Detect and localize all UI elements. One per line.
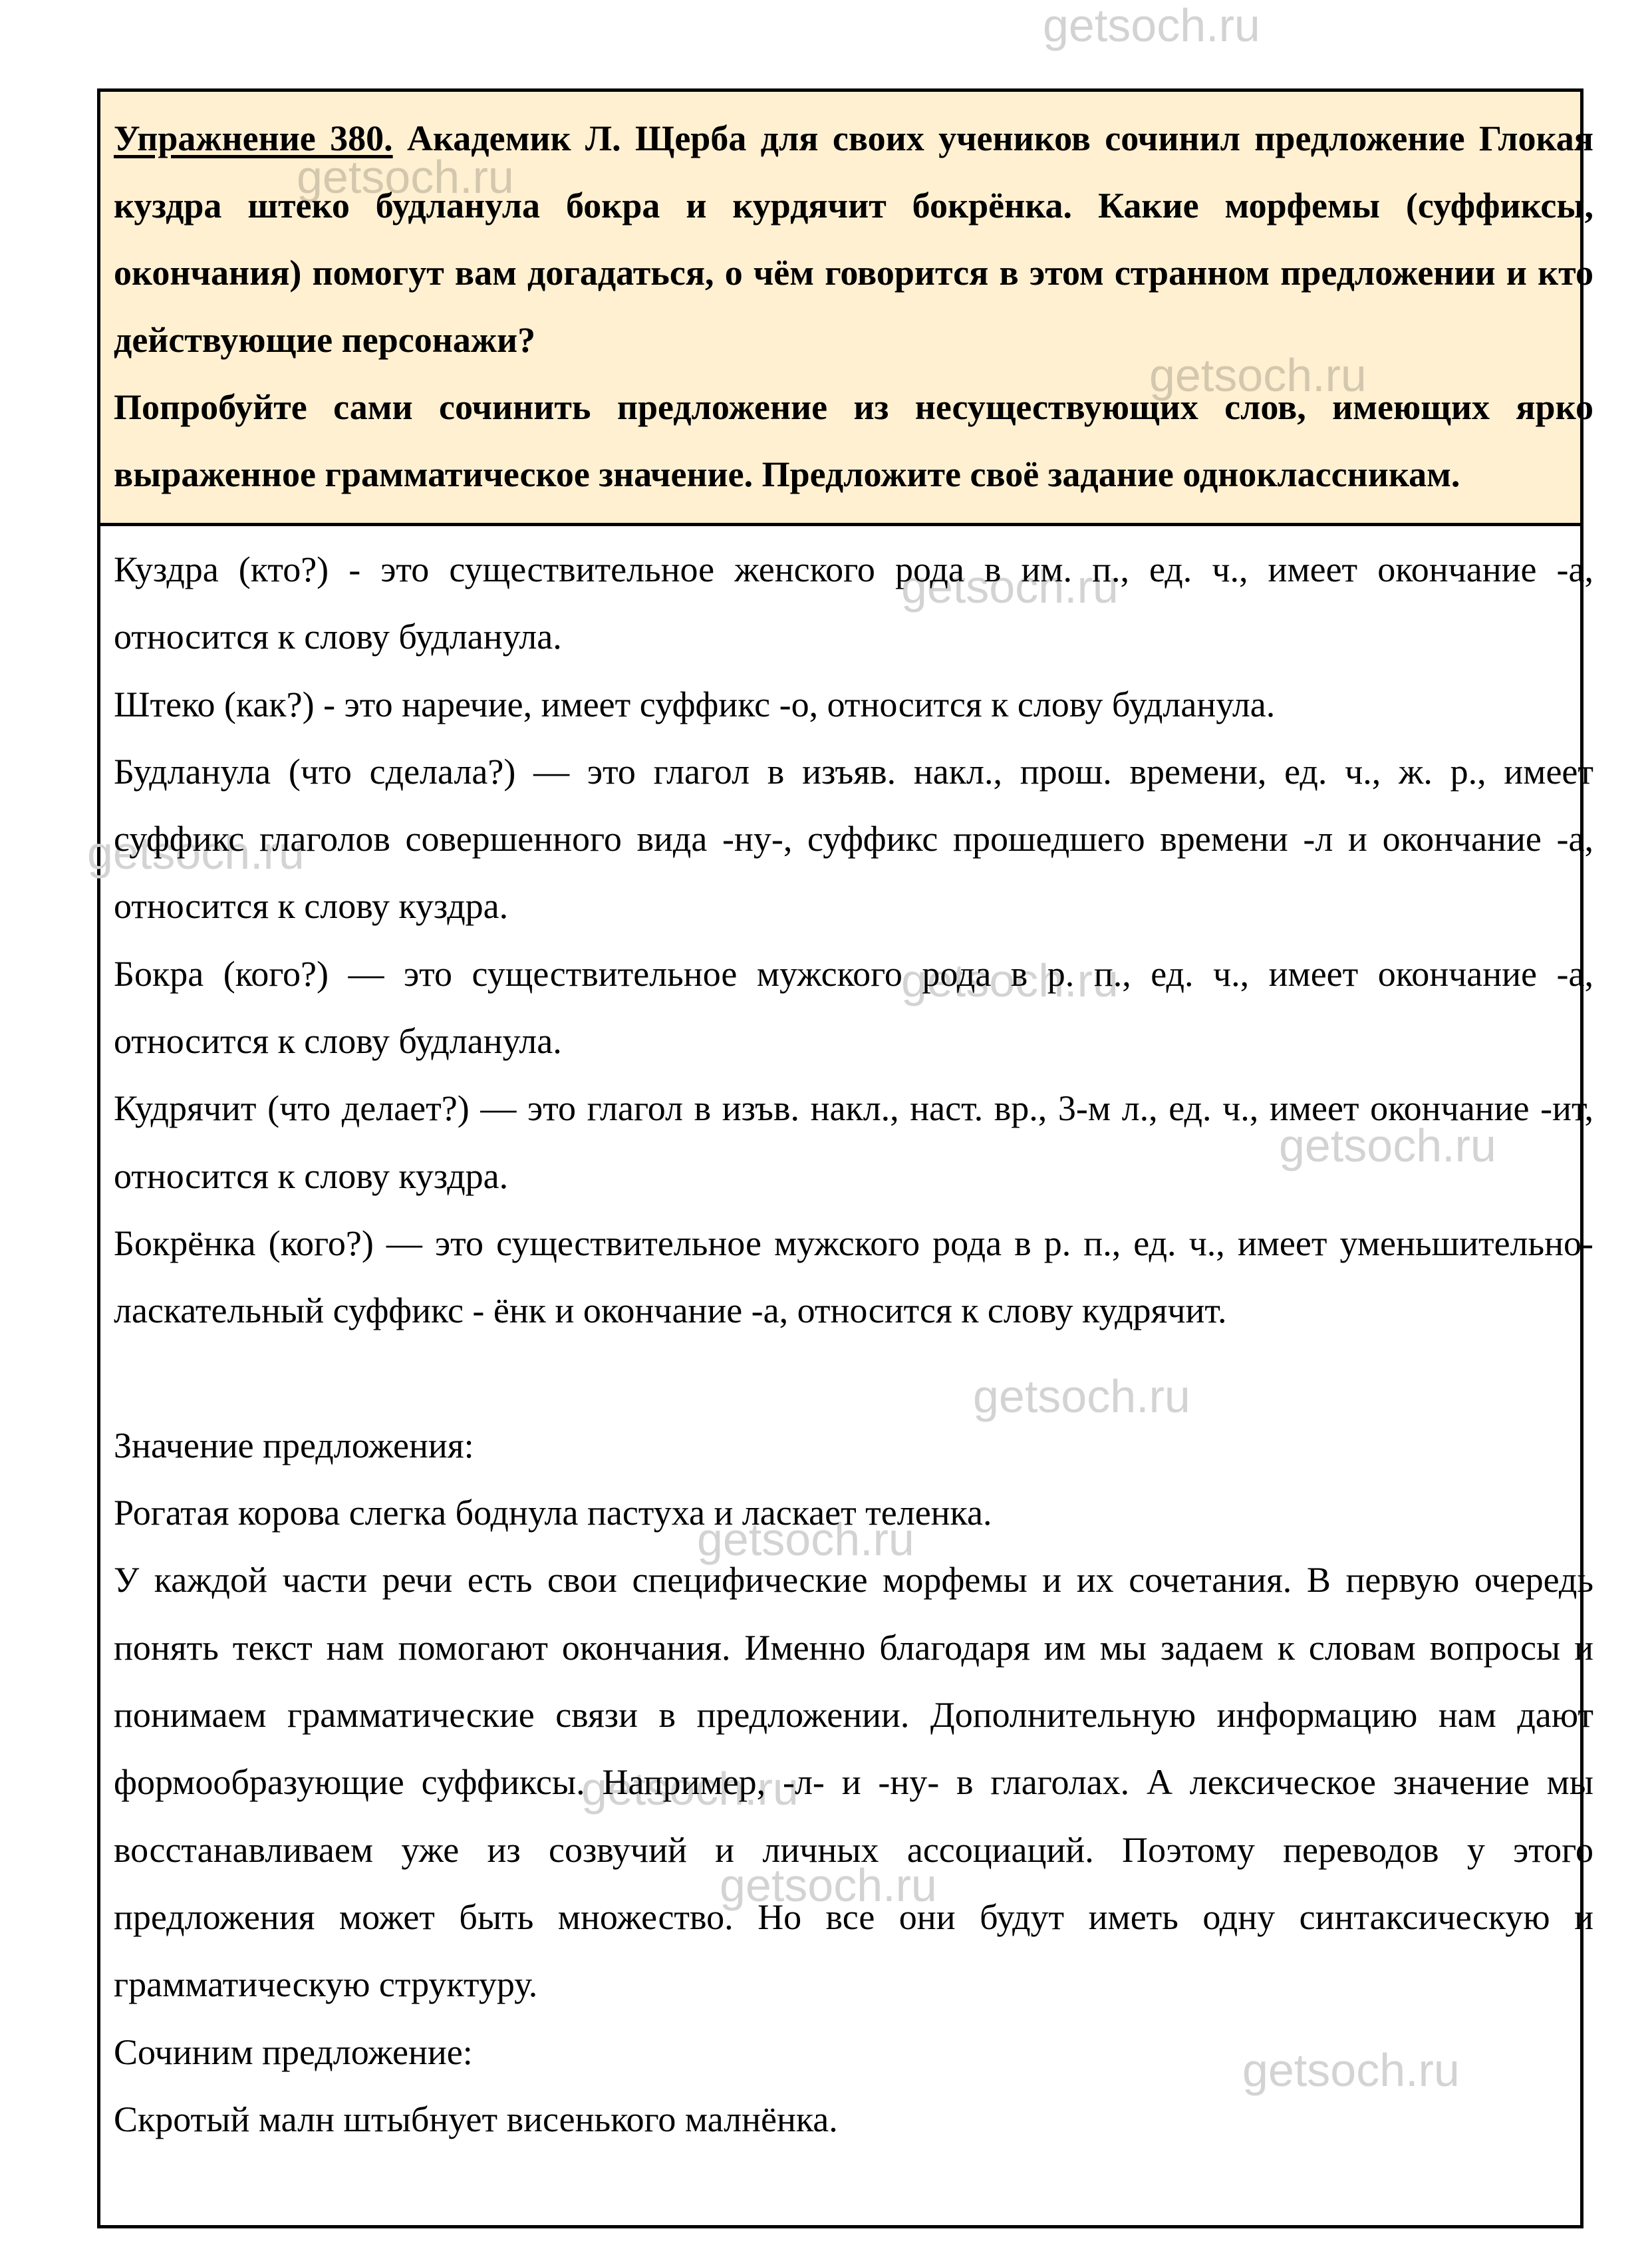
meaning-label: Значение предложения: [114, 1412, 1593, 1479]
exercise-frame: getsoch.ru getsoch.ru Упражнение 380. Ак… [97, 88, 1583, 2228]
compose-text: Скротый малн штыбнует висенького малнёнк… [114, 2086, 1593, 2153]
analysis-bokra: Бокра (кого?) — это существительное мужс… [114, 941, 1593, 1076]
analysis-kuzdra: Куздра (кто?) - это существительное женс… [114, 536, 1593, 671]
analysis-shteko: Штеко (как?) - это наречие, имеет суффик… [114, 671, 1593, 738]
task-text: Упражнение 380. Академик Л. Щерба для св… [114, 105, 1593, 508]
task-assignment: Попробуйте сами сочинить предложение из … [114, 387, 1593, 494]
compose-label: Сочиним предложение: [114, 2019, 1593, 2086]
task-block: getsoch.ru getsoch.ru Упражнение 380. Ак… [100, 92, 1580, 526]
analysis-bokryonka: Бокрёнка (кого?) — это существительное м… [114, 1210, 1593, 1345]
answer-block: Куздра (кто?) - это существительное женс… [114, 536, 1593, 2153]
exercise-number: Упражнение 380. [114, 118, 393, 158]
analysis-kudryachit: Кудрячит (что делает?) — это глагол в из… [114, 1075, 1593, 1210]
explanation-text: У каждой части речи есть свои специфичес… [114, 1547, 1593, 2018]
watermark: getsoch.ru [1043, 0, 1260, 52]
meaning-text: Рогатая корова слегка боднула пастуха и … [114, 1479, 1593, 1547]
spacer [114, 1345, 1593, 1412]
analysis-budlanula: Будланула (что сделала?) — это глагол в … [114, 738, 1593, 941]
